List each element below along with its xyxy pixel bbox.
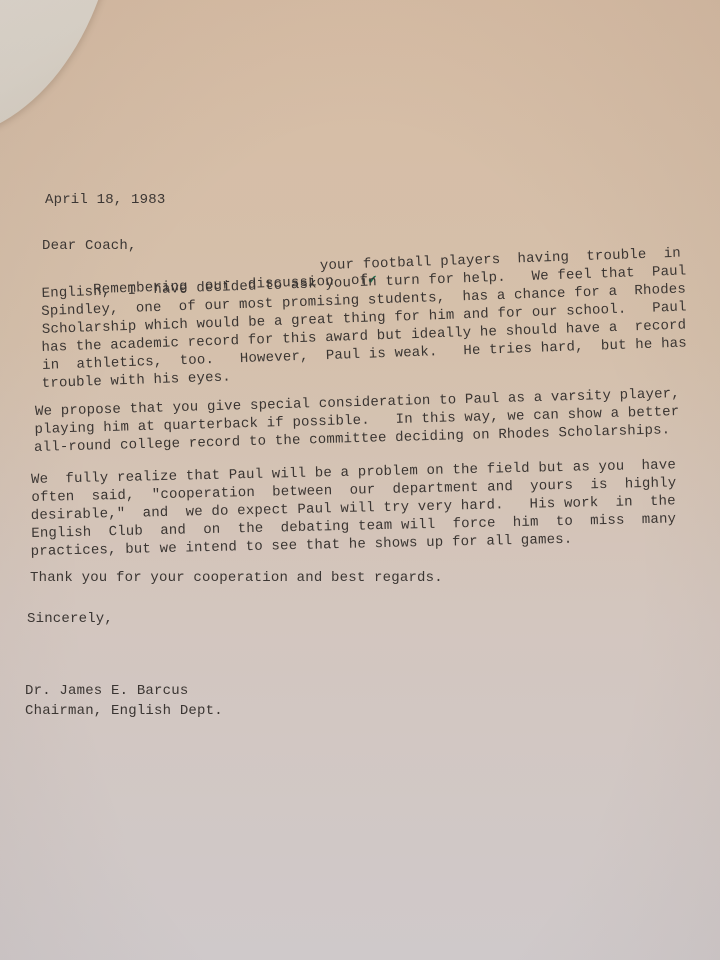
signer-title: Chairman, English Dept.: [25, 703, 223, 719]
closing-line: Thank you for your cooperation and best …: [30, 570, 443, 586]
valediction: Sincerely,: [27, 611, 113, 627]
signer-name: Dr. James E. Barcus: [25, 683, 188, 699]
salutation: Dear Coach,: [42, 238, 137, 254]
typed-letter: April 18, 1983 Dear Coach, Remembering o…: [0, 0, 720, 960]
paragraph-1: Remembering our discussion of✔ your foot…: [0, 0, 710, 2]
letter-date: April 18, 1983: [45, 192, 165, 208]
paragraph-2: We propose that you give special conside…: [0, 0, 708, 1]
paragraph-3: We fully realize that Paul will be a pro…: [0, 0, 709, 1]
